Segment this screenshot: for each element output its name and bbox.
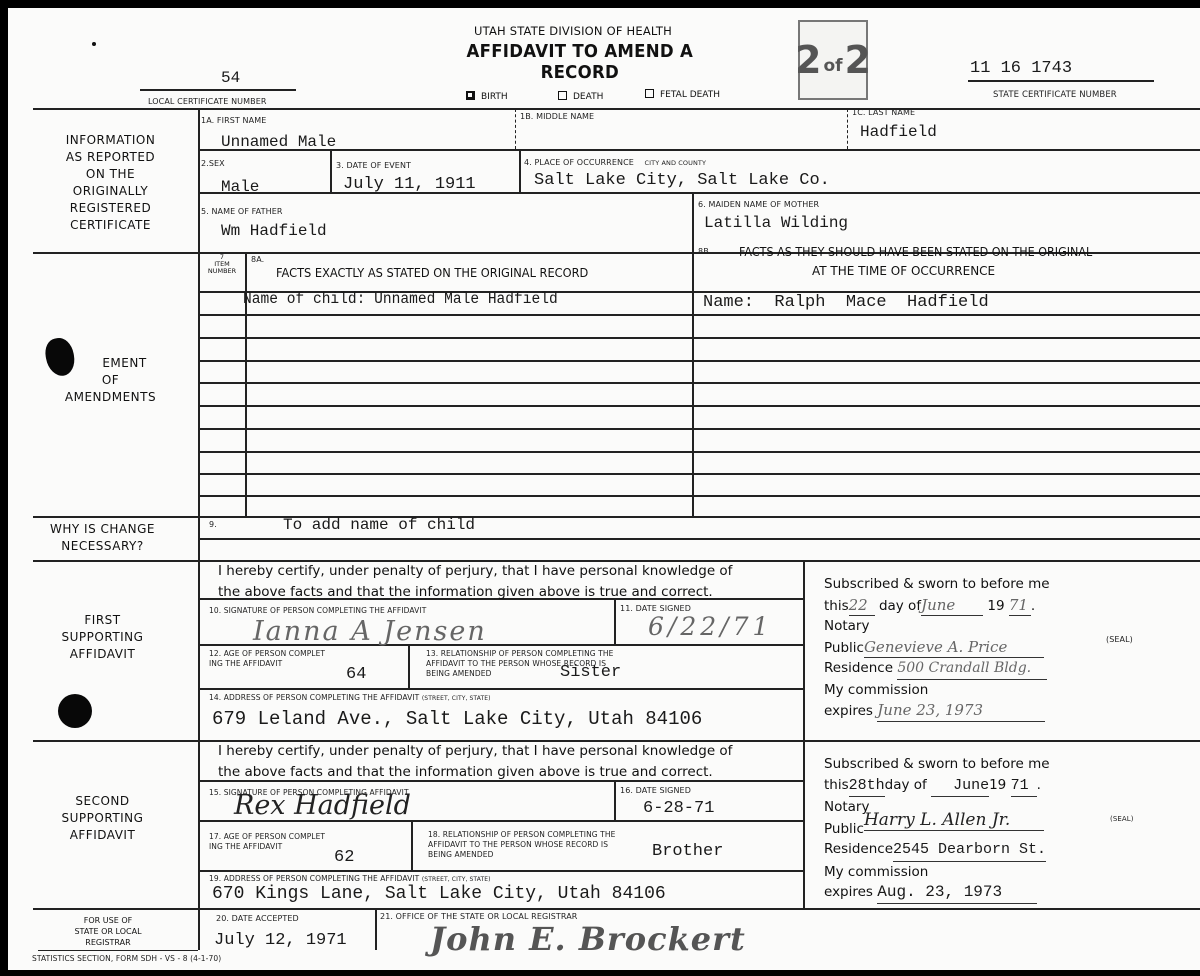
first-date-value[interactable]: 6/22/71 [648,612,772,641]
second-notary-month[interactable]: June [931,776,989,798]
date-of-event-label: 3. DATE OF EVENT [336,161,411,170]
first-age-label: 12. AGE OF PERSON COMPLET ING THE AFFIDA… [209,649,325,669]
second-age-value[interactable]: 62 [334,848,354,867]
amendment-row: Name of child: Unnamed Male Hadfield Nam… [198,291,1200,314]
birth-checkbox[interactable] [466,91,475,100]
first-name-value[interactable]: Unnamed Male [221,133,336,151]
record-type-birth[interactable]: BIRTH [466,91,508,102]
date-accepted-value[interactable]: July 12, 1971 [214,931,347,950]
hole-punch [58,694,92,728]
second-notary-year[interactable]: 71 [1011,776,1037,798]
stamp-page-total: 2 [845,38,871,82]
first-notary-block: Subscribed & sworn to before me this22 d… [824,574,1194,722]
record-type-fetal-death[interactable]: FETAL DEATH [645,89,720,100]
stamp-page-number: 2 [795,38,821,82]
place-label: 4. PLACE OF OCCURRENCE CITY AND COUNTY [524,158,706,167]
first-notary-day[interactable]: 22 [849,595,875,617]
mother-label: 6. MAIDEN NAME OF MOTHER [698,200,819,209]
second-date-value[interactable]: 6-28-71 [643,799,714,818]
amendment-corrected-value[interactable]: Name: Ralph Mace Hadfield [703,293,989,312]
why-change-number: 9. [209,520,217,529]
first-name-label: 1A. FIRST NAME [201,116,266,125]
first-notary-residence[interactable]: 500 Crandall Bldg. [897,658,1047,680]
item-number-header: 7 ITEM NUMBER [200,254,244,275]
registrar-signature[interactable]: John E. Brockert [430,920,746,958]
second-address-value[interactable]: 670 Kings Lane, Salt Lake City, Utah 841… [212,884,666,904]
local-certificate-label: LOCAL CERTIFICATE NUMBER [148,97,267,106]
stray-dot [92,42,96,46]
sex-label: 2.SEX [201,159,225,168]
fetal-death-checkbox[interactable] [645,89,654,98]
why-change-value[interactable]: To add name of child [283,516,475,534]
first-seal-label: (SEAL) [1106,635,1133,644]
first-relationship-value[interactable]: Sister [560,663,621,682]
col-8a-number: 8A. [251,255,264,264]
father-label: 5. NAME OF FATHER [201,207,283,216]
middle-name-value[interactable] [530,128,730,146]
second-notary-residence[interactable]: 2545 Dearborn St. [893,840,1046,862]
section-label-second-affidavit: SECOND SUPPORTING AFFIDAVIT [20,793,185,844]
page-stamp: 2 of 2 [798,20,868,100]
col-8b-number: 8B. [698,247,711,256]
second-relationship-label: 18. RELATIONSHIP OF PERSON COMPLETING TH… [428,830,615,860]
second-age-label: 17. AGE OF PERSON COMPLET ING THE AFFIDA… [209,832,325,852]
first-address-value[interactable]: 679 Leland Ave., Salt Lake City, Utah 84… [212,708,702,730]
first-age-value[interactable]: 64 [346,665,366,684]
first-certify-text: I hereby certify, under penalty of perju… [218,561,798,603]
local-certificate-number: 54 [221,69,240,87]
first-signature-label: 10. SIGNATURE OF PERSON COMPLETING THE A… [209,606,426,615]
agency-name: UTAH STATE DIVISION OF HEALTH [438,24,708,38]
second-certify-text: I hereby certify, under penalty of perju… [218,741,798,783]
second-notary-block: Subscribed & sworn to before me this28th… [824,754,1194,904]
date-accepted-label: 20. DATE ACCEPTED [216,914,299,923]
sex-value[interactable]: Male [221,178,259,196]
father-value[interactable]: Wm Hadfield [221,222,327,240]
second-relationship-value[interactable]: Brother [652,842,723,861]
first-notary-expires[interactable]: June 23, 1973 [877,700,1045,722]
second-notary-public-name[interactable]: Harry L. Allen Jr. [864,810,1044,832]
middle-name-label: 1B. MIDDLE NAME [520,112,594,121]
section-label-first-affidavit: FIRST SUPPORTING AFFIDAVIT [20,612,185,663]
record-type-death[interactable]: DEATH [558,91,603,102]
second-notary-day[interactable]: 28th [849,776,885,798]
second-seal-label: (SEAL) [1110,815,1134,823]
first-notary-public-name[interactable]: Genevieve A. Price [864,637,1044,659]
section-label-amendments: EMENT OF AMENDMENTS [28,355,193,406]
second-address-label: 19. ADDRESS OF PERSON COMPLETING THE AFF… [209,874,491,883]
first-notary-year[interactable]: 71 [1009,595,1031,617]
stamp-of: of [823,56,842,76]
mother-value[interactable]: Latilla Wilding [704,214,848,232]
date-of-event-value[interactable]: July 11, 1911 [343,175,476,194]
second-date-label: 16. DATE SIGNED [620,786,691,795]
amendment-original-value[interactable]: Name of child: Unnamed Male Hadfield [243,290,558,308]
first-address-label: 14. ADDRESS OF PERSON COMPLETING THE AFF… [209,693,491,702]
section-label-registrar: FOR USE OF STATE OR LOCAL REGISTRAR [48,915,168,948]
affidavit-document: UTAH STATE DIVISION OF HEALTH AFFIDAVIT … [8,8,1200,970]
first-signature[interactable]: Ianna A Jensen [253,616,487,647]
col-8b-title-1: FACTS AS THEY SHOULD HAVE BEEN STATED ON… [739,245,1092,259]
last-name-value[interactable]: Hadfield [860,123,937,141]
section-label-why-change: WHY IS CHANGE NECESSARY? [20,521,185,555]
second-notary-expires[interactable]: Aug. 23, 1973 [877,882,1037,904]
state-certificate-label: STATE CERTIFICATE NUMBER [993,90,1117,100]
col-8b-title-2: AT THE TIME OF OCCURRENCE [812,264,995,278]
state-certificate-number: 11 16 1743 [970,59,1072,78]
death-checkbox[interactable] [558,91,567,100]
section-label-original-info: INFORMATION AS REPORTED ON THE ORIGINALL… [28,132,193,234]
document-title: AFFIDAVIT TO AMEND A RECORD [428,41,732,83]
last-name-label: 1C. LAST NAME [852,108,915,117]
second-signature[interactable]: Rex Hadfield [234,790,411,821]
first-notary-month[interactable]: June [921,595,983,617]
place-value[interactable]: Salt Lake City, Salt Lake Co. [534,171,830,190]
form-id: STATISTICS SECTION, FORM SDH - VS - 8 (4… [32,954,221,963]
col-8a-title: FACTS EXACTLY AS STATED ON THE ORIGINAL … [276,266,588,280]
